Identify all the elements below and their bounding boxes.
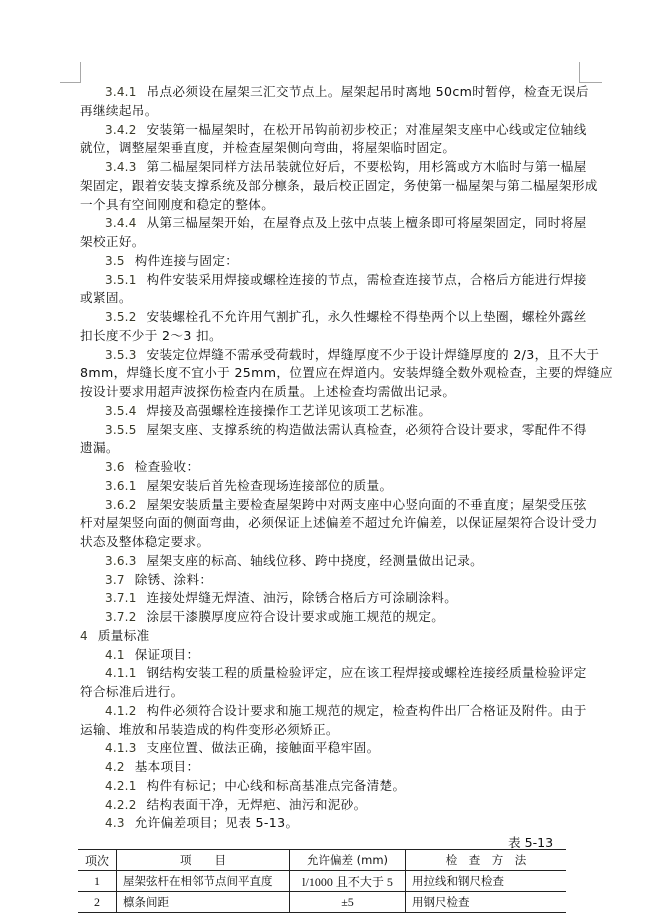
paragraph-text: 遗漏。 — [80, 440, 119, 455]
section-number: 3.4.1 — [105, 85, 137, 99]
paragraph-text: 杆对屋架竖向面的侧面弯曲，必须保证上述偏差不超过允许偏差，以保证屋架符合设计受力 — [80, 515, 598, 530]
section-number: 3.5.4 — [105, 404, 137, 418]
section-number: 4.3 — [105, 816, 125, 830]
paragraph-text: 安装定位焊缝不需承受荷载时，焊缝厚度不少于设计焊缝厚度的 2/3，且不大于 — [147, 347, 600, 362]
section-number: 3.4.3 — [105, 160, 137, 174]
section-number: 3.4.2 — [105, 123, 137, 137]
paragraph-text: 结构表面干净，无焊疤、油污和泥砂。 — [147, 797, 367, 812]
paragraph-text: 安装螺栓孔不允许用气割扩孔，永久性螺栓不得垫两个以上垫圈，螺栓外露丝 — [147, 309, 587, 324]
paragraph-text: 扣长度不少于 2～3 扣。 — [80, 328, 222, 343]
section-number: 3.5.5 — [105, 423, 137, 437]
section-number: 4 — [80, 629, 88, 643]
paragraph-text: 钢结构安装工程的质量检验评定，应在该工程焊接或螺栓连接经质量检验评定 — [147, 665, 587, 680]
section-number: 3.5.2 — [105, 310, 137, 324]
col-header-deviation: 允许偏差 (mm) — [290, 850, 406, 871]
section-number: 3.5.1 — [105, 273, 137, 287]
paragraph-first-line: 3.5.2安装螺栓孔不允许用气割扩孔，永久性螺栓不得垫两个以上垫圈，螺栓外露丝 — [80, 308, 592, 327]
section-number: 3.5 — [105, 254, 125, 268]
paragraph-text: 构件安装采用焊接或螺栓连接的节点，需检查连接节点，合格后方能进行焊接 — [147, 272, 587, 287]
section-number: 4.1.2 — [105, 704, 137, 718]
section-number: 3.6 — [105, 460, 125, 474]
paragraph-text: 架固定，跟着安装支撑系统及部分檩条，最后校正固定，务使第一榀屋架与第二榀屋架形成 — [80, 178, 598, 193]
paragraph-first-line: 3.5构件连接与固定： — [80, 252, 592, 271]
col-header-method: 检 查 方 法 — [406, 850, 567, 871]
paragraph-first-line: 3.7.2涂层干漆膜厚度应符合设计要求或施工规范的规定。 — [80, 608, 592, 627]
table-row: 2 檩条间距 ±5 用钢尺检查 — [78, 892, 566, 913]
paragraph-text: 架校正好。 — [80, 234, 145, 249]
section-number: 3.4.4 — [105, 216, 137, 230]
col-header-no: 项次 — [78, 850, 117, 871]
paragraph-line: 再继续起吊。 — [80, 102, 592, 121]
paragraph-line: 或紧固。 — [80, 289, 592, 308]
paragraph-text: 构件必须符合设计要求和施工规范的规定，检查构件出厂合格证及附件。由于 — [147, 703, 587, 718]
section-number: 3.6.1 — [105, 479, 137, 493]
paragraph-first-line: 4.1.3支座位置、做法正确，接触面平稳牢固。 — [80, 739, 592, 758]
paragraph-text: 一个具有空间刚度和稳定的整体。 — [80, 197, 274, 212]
section-number: 4.1.1 — [105, 666, 137, 680]
paragraph-text: 构件连接与固定： — [135, 253, 239, 268]
col-header-item: 项 目 — [117, 850, 290, 871]
table-header-row: 项次 项 目 允许偏差 (mm) 检 查 方 法 — [78, 850, 566, 871]
paragraph-text: 屋架安装质量主要检查屋架跨中对两支座中心竖向面的不垂直度；屋架受压弦 — [147, 497, 587, 512]
page-corner-mark-left — [60, 62, 81, 83]
paragraph-first-line: 3.6.1屋架安装后首先检查现场连接部位的质量。 — [80, 477, 592, 496]
paragraph-text: 从第三榀屋架开始，在屋脊点及上弦中点装上檀条即可将屋架固定，同时将屋 — [147, 215, 587, 230]
paragraph-text: 吊点必须设在屋架三汇交节点上。屋架起吊时离地 50cm时暂停，检查无误后 — [147, 84, 589, 99]
paragraph-text: 屋架安装后首先检查现场连接部位的质量。 — [147, 478, 393, 493]
cell-no: 1 — [78, 871, 117, 892]
paragraph-text: 检查验收： — [135, 459, 200, 474]
paragraph-line: 杆对屋架竖向面的侧面弯曲，必须保证上述偏差不超过允许偏差，以保证屋架符合设计受力 — [80, 514, 592, 533]
paragraph-line: 按设计要求用超声波探伤检查内在质量。上述检查均需做出记录。 — [80, 383, 592, 402]
paragraph-text: 允许偏差项目；见表 5-13。 — [135, 815, 299, 830]
paragraph-first-line: 3.7除锈、涂料： — [80, 571, 592, 590]
paragraph-line: 遗漏。 — [80, 439, 592, 458]
section-number: 4.2.1 — [105, 779, 137, 793]
paragraph-text: 涂层干漆膜厚度应符合设计要求或施工规范的规定。 — [147, 609, 445, 624]
paragraph-line: 运输、堆放和吊装造成的构件变形必须矫正。 — [80, 721, 592, 740]
section-number: 3.5.3 — [105, 348, 137, 362]
paragraph-first-line: 4.2.2结构表面干净，无焊疤、油污和泥砂。 — [80, 796, 592, 815]
paragraph-first-line: 3.5.1构件安装采用焊接或螺栓连接的节点，需检查连接节点，合格后方能进行焊接 — [80, 271, 592, 290]
section-number: 4.2.2 — [105, 798, 137, 812]
paragraph-text: 屋架支座的标高、轴线位移、跨中挠度，经测量做出记录。 — [147, 553, 484, 568]
section-number: 3.6.2 — [105, 498, 137, 512]
paragraph-text: 符合标准后进行。 — [80, 684, 184, 699]
paragraph-text: 基本项目： — [135, 759, 200, 774]
paragraph-text: 安装第一榀屋架时，在松开吊钩前初步校正；对准屋架支座中心线或定位轴线 — [147, 122, 587, 137]
section-number: 3.7 — [105, 573, 125, 587]
cell-method: 用钢尺检查 — [406, 892, 567, 913]
paragraph-text: 状态及整体稳定要求。 — [80, 534, 209, 549]
document-body: 3.4.1吊点必须设在屋架三汇交节点上。屋架起吊时离地 50cm时暂停，检查无误… — [80, 83, 592, 833]
paragraph-line: 扣长度不少于 2～3 扣。 — [80, 327, 592, 346]
paragraph-first-line: 3.6.3屋架支座的标高、轴线位移、跨中挠度，经测量做出记录。 — [80, 552, 592, 571]
paragraph-text: 按设计要求用超声波探伤检查内在质量。上述检查均需做出记录。 — [80, 384, 455, 399]
paragraph-text: 保证项目： — [135, 647, 200, 662]
paragraph-line: 8mm，焊缝长度不宜小于 25mm，位置应在焊道内。安装焊缝全数外观检查，主要的… — [80, 364, 592, 383]
paragraph-first-line: 3.5.5屋架支座、支撑系统的构造做法需认真检查，必须符合设计要求，零配件不得 — [80, 421, 592, 440]
paragraph-first-line: 4.1保证项目： — [80, 646, 592, 665]
paragraph-first-line: 3.5.4焊接及高强螺栓连接操作工艺详见该项工艺标准。 — [80, 402, 592, 421]
cell-no: 2 — [78, 892, 117, 913]
section-number: 3.6.3 — [105, 554, 137, 568]
paragraph-line: 符合标准后进行。 — [80, 683, 592, 702]
paragraph-line: 架固定，跟着安装支撑系统及部分檩条，最后校正固定，务使第一榀屋架与第二榀屋架形成 — [80, 177, 592, 196]
paragraph-first-line: 4.1.2构件必须符合设计要求和施工规范的规定，检查构件出厂合格证及附件。由于 — [80, 702, 592, 721]
paragraph-first-line: 3.6检查验收： — [80, 458, 592, 477]
section-number: 3.7.1 — [105, 591, 137, 605]
paragraph-text: 支座位置、做法正确，接触面平稳牢固。 — [147, 740, 380, 755]
paragraph-text: 8mm，焊缝长度不宜小于 25mm，位置应在焊道内。安装焊缝全数外观检查，主要的… — [80, 365, 613, 380]
page-corner-mark-right — [579, 62, 602, 83]
paragraph-text: 构件有标记；中心线和标高基准点完备清楚。 — [147, 778, 406, 793]
paragraph-first-line: 4质量标准 — [80, 627, 592, 646]
section-number: 4.2 — [105, 760, 125, 774]
cell-item: 檩条间距 — [117, 892, 290, 913]
section-number: 4.1.3 — [105, 741, 137, 755]
paragraph-text: 焊接及高强螺栓连接操作工艺详见该项工艺标准。 — [147, 403, 432, 418]
paragraph-first-line: 3.4.4从第三榀屋架开始，在屋脊点及上弦中点装上檀条即可将屋架固定，同时将屋 — [80, 214, 592, 233]
cell-deviation: ±5 — [290, 892, 406, 913]
paragraph-first-line: 4.1.1钢结构安装工程的质量检验评定，应在该工程焊接或螺栓连接经质量检验评定 — [80, 664, 592, 683]
cell-deviation: l/1000 且不大于 5 — [290, 871, 406, 892]
deviation-table: 项次 项 目 允许偏差 (mm) 检 查 方 法 1 屋架弦杆在相邻节点间平直度… — [78, 849, 566, 913]
paragraph-text: 除锈、涂料： — [135, 572, 213, 587]
paragraph-text: 质量标准 — [98, 628, 150, 643]
paragraph-text: 就位，调整屋架垂直度，并检查屋架侧向弯曲，将屋架临时固定。 — [80, 140, 455, 155]
paragraph-line: 就位，调整屋架垂直度，并检查屋架侧向弯曲，将屋架临时固定。 — [80, 139, 592, 158]
paragraph-text: 再继续起吊。 — [80, 103, 158, 118]
cell-item: 屋架弦杆在相邻节点间平直度 — [117, 871, 290, 892]
paragraph-line: 状态及整体稳定要求。 — [80, 533, 592, 552]
paragraph-line: 一个具有空间刚度和稳定的整体。 — [80, 196, 592, 215]
cell-method: 用拉线和钢尺检查 — [406, 871, 567, 892]
section-number: 3.7.2 — [105, 610, 137, 624]
paragraph-first-line: 4.3允许偏差项目；见表 5-13。 — [80, 814, 592, 833]
paragraph-text: 第二榀屋架同样方法吊装就位好后，不要松钩，用杉篙或方木临时与第一榀屋 — [147, 159, 587, 174]
paragraph-first-line: 4.2基本项目： — [80, 758, 592, 777]
paragraph-first-line: 4.2.1构件有标记；中心线和标高基准点完备清楚。 — [80, 777, 592, 796]
paragraph-first-line: 3.4.1吊点必须设在屋架三汇交节点上。屋架起吊时离地 50cm时暂停，检查无误… — [80, 83, 592, 102]
paragraph-text: 或紧固。 — [80, 290, 132, 305]
paragraph-first-line: 3.6.2屋架安装质量主要检查屋架跨中对两支座中心竖向面的不垂直度；屋架受压弦 — [80, 496, 592, 515]
section-number: 4.1 — [105, 648, 125, 662]
paragraph-first-line: 3.7.1连接处焊缝无焊渣、油污，除锈合格后方可涂刷涂料。 — [80, 589, 592, 608]
paragraph-line: 架校正好。 — [80, 233, 592, 252]
paragraph-text: 连接处焊缝无焊渣、油污，除锈合格后方可涂刷涂料。 — [147, 590, 458, 605]
paragraph-text: 屋架支座、支撑系统的构造做法需认真检查，必须符合设计要求，零配件不得 — [147, 422, 587, 437]
paragraph-first-line: 3.5.3安装定位焊缝不需承受荷载时，焊缝厚度不少于设计焊缝厚度的 2/3，且不… — [80, 346, 592, 365]
paragraph-first-line: 3.4.3第二榀屋架同样方法吊装就位好后，不要松钩，用杉篙或方木临时与第一榀屋 — [80, 158, 592, 177]
paragraph-first-line: 3.4.2安装第一榀屋架时，在松开吊钩前初步校正；对准屋架支座中心线或定位轴线 — [80, 121, 592, 140]
table-row: 1 屋架弦杆在相邻节点间平直度 l/1000 且不大于 5 用拉线和钢尺检查 — [78, 871, 566, 892]
paragraph-text: 运输、堆放和吊装造成的构件变形必须矫正。 — [80, 722, 339, 737]
